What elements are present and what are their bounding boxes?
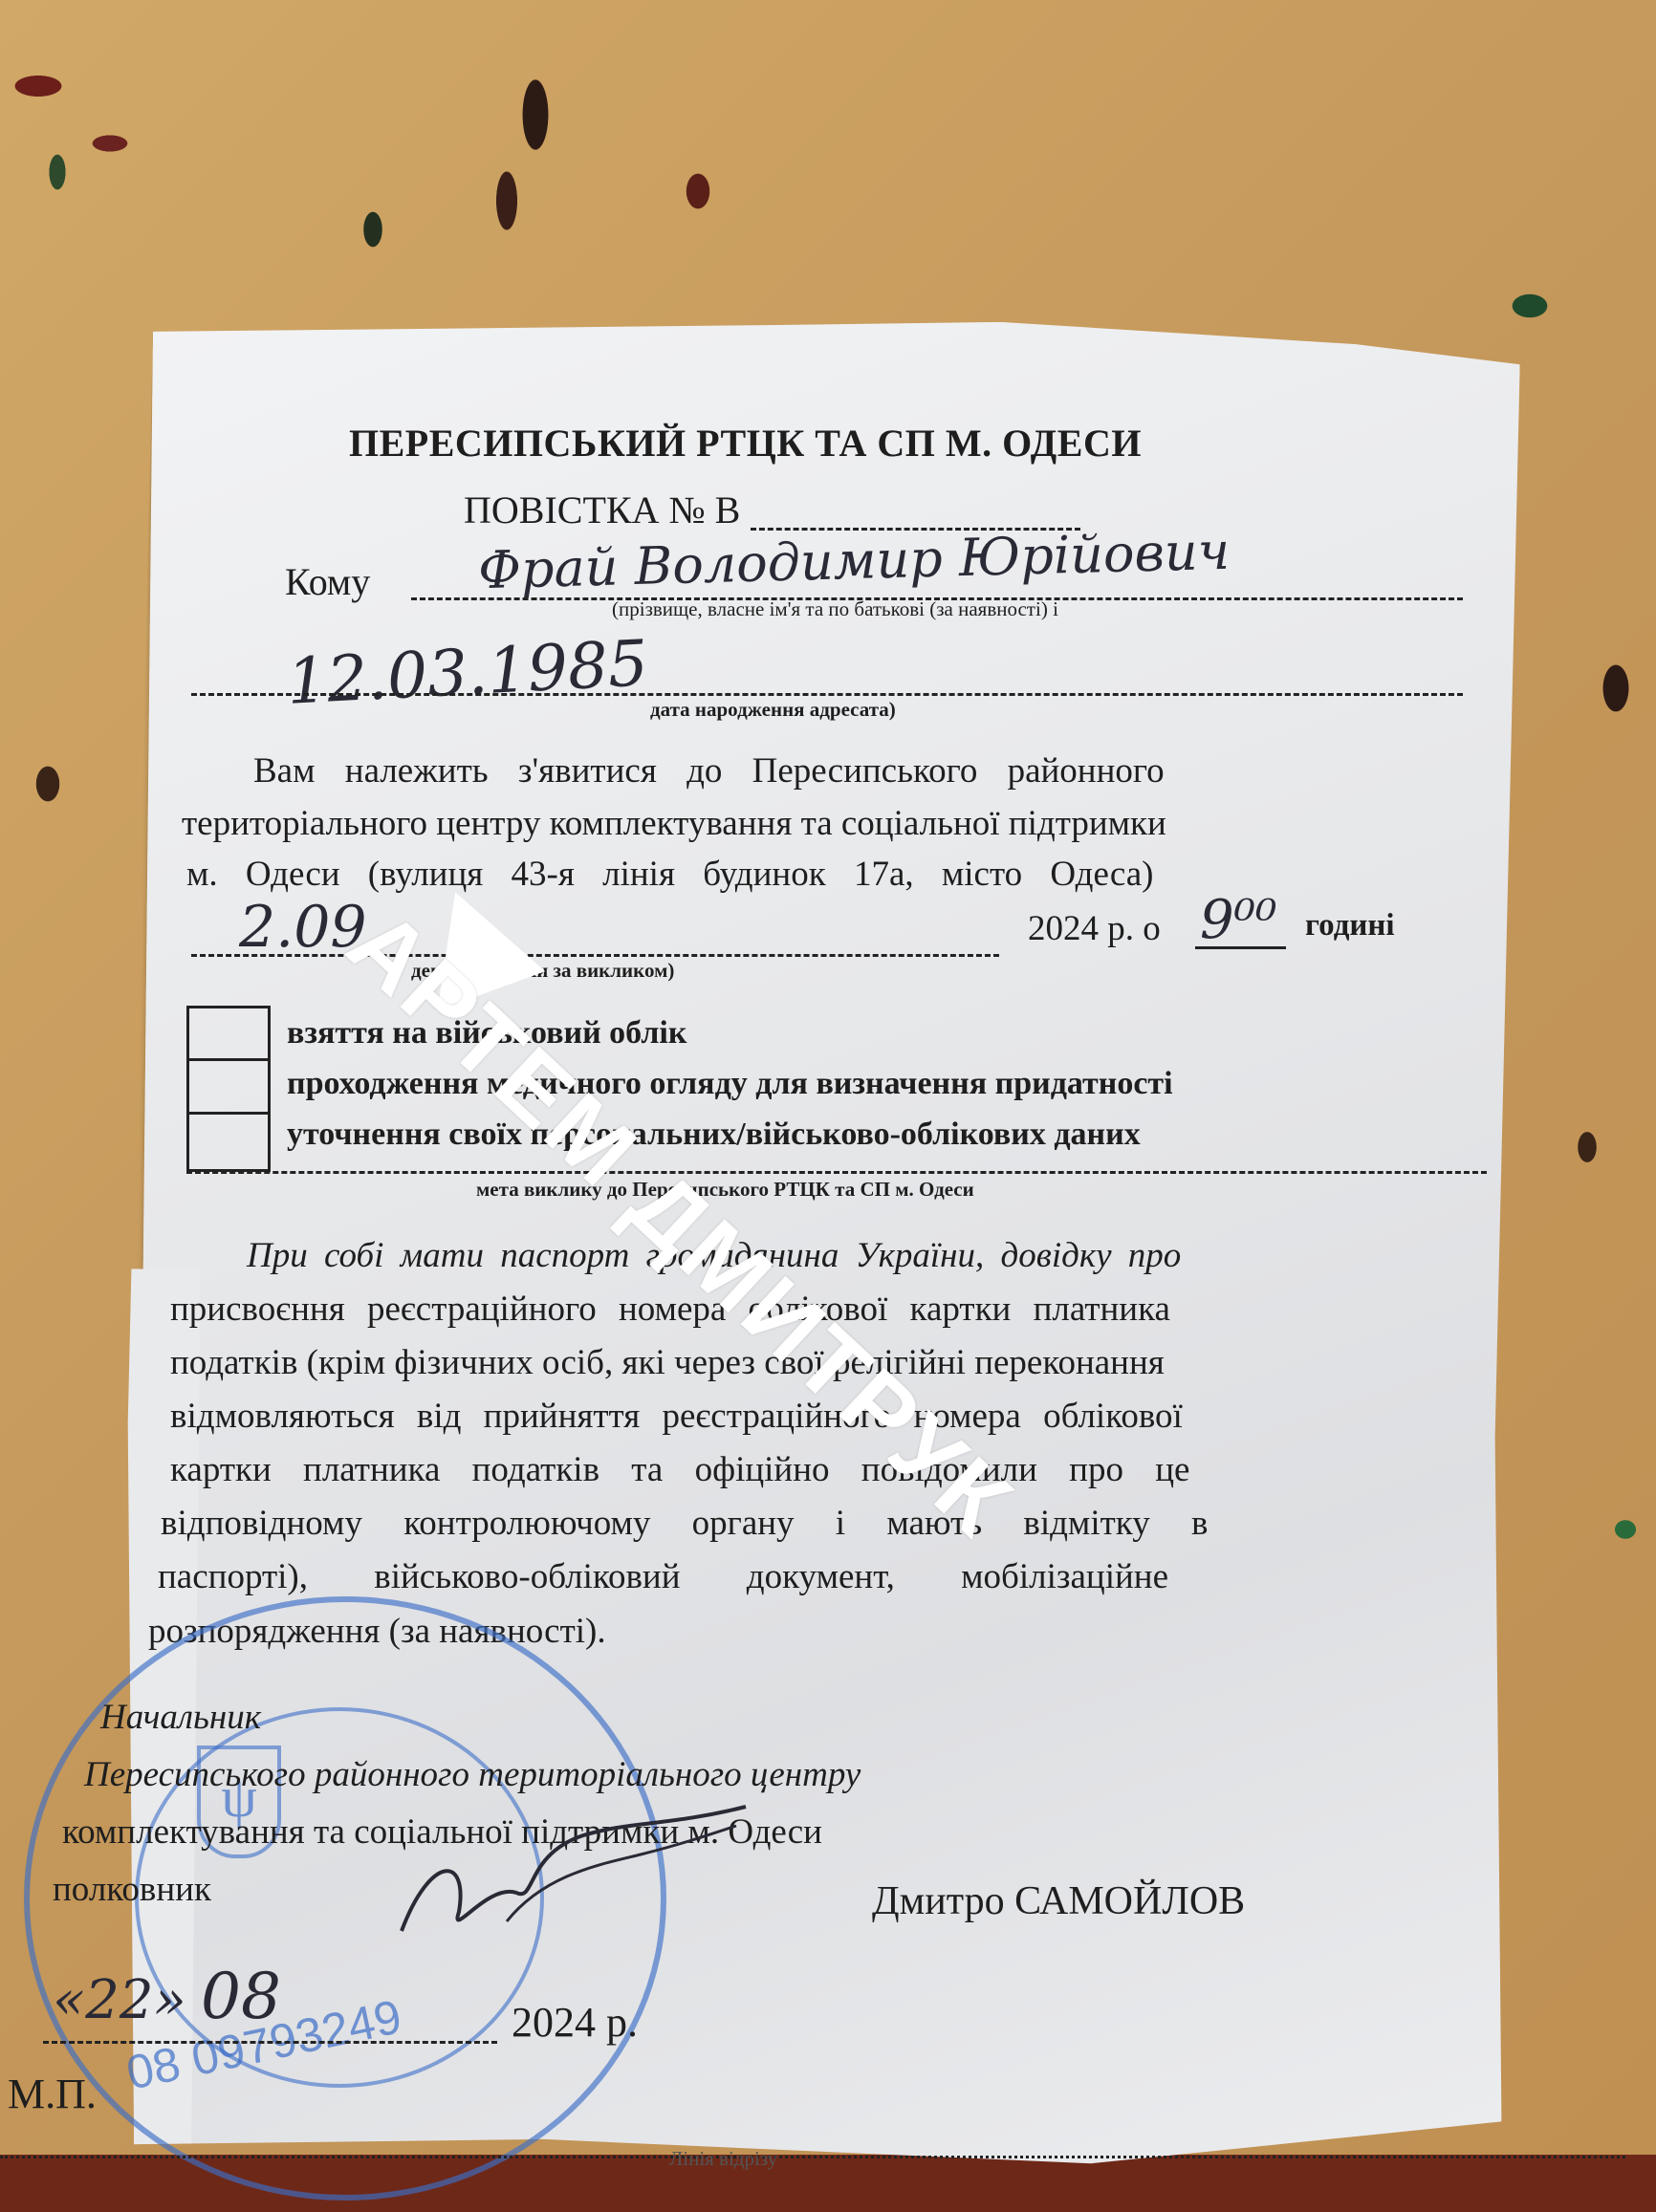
summons-text-line-1: Вам належить з'явитися до Пересипського … [253,750,1165,792]
appear-hour-handwritten: 9⁰⁰ [1200,889,1277,951]
to-label: Кому [285,559,370,604]
purpose-option-2[interactable]: проходження медичного огляду для визначе… [287,1066,1173,1102]
purpose-line [186,1171,1487,1174]
document-header: ПЕРЕСИПСЬКИЙ РТЦК ТА СП М. ОДЕСИ [349,421,1142,466]
documents-text-line-5: картки платника податків та офіційно пов… [170,1449,1189,1490]
purpose-option-3[interactable]: уточнення своїх персональних/військово-о… [287,1117,1141,1153]
signatory-title-line-1: Начальник [100,1697,261,1738]
birth-date-line [191,693,1463,696]
documents-text-line-2: присвоєння реєстраційного номера обліков… [170,1289,1170,1330]
issue-day-handwritten: «22» [53,1969,186,2031]
purpose-checkbox-group [186,1006,271,1172]
appear-hour-line [1195,946,1286,949]
recipient-name-caption: (прізвище, власне ім'я та по батькові (з… [612,597,1058,621]
signatory-title-line-2: Пересипського районного територіального … [84,1754,861,1795]
documents-text-line-7: паспорті), військово-обліковий документ,… [158,1556,1168,1597]
appear-date-line [191,954,999,957]
signatory-title-line-4: полковник [53,1869,211,1910]
issue-date-line [43,2041,497,2044]
seal-label: М.П. [8,2070,97,2118]
document-title: ПОВІСТКА № В [464,488,740,532]
summons-text-line-2: територіального центру комплектування та… [182,803,1166,844]
appear-hour-suffix: годині [1305,908,1395,943]
summons-text-line-3: м. Одеси (вулиця 43-я лінія будинок 17а,… [186,854,1153,895]
signatory-name: Дмитро САМОЙЛОВ [872,1878,1245,1924]
purpose-option-2-label: проходження медичного огляду для визначе… [287,1066,1173,1101]
issue-year-text: 2024 р. [512,1998,638,2047]
tear-off-line [0,2156,1625,2158]
appear-year-text: 2024 р. о [1028,908,1161,949]
documents-text-line-6: відповідному контролюючому органу і мают… [161,1503,1208,1544]
issue-month-handwritten: 08 [201,1960,281,2033]
documents-text-line-3: податків (крім фізичних осіб, які через … [170,1342,1165,1383]
handwritten-signature [392,1797,755,1950]
tear-off-caption: Лінія відрізу [669,2147,777,2171]
birth-date-caption: дата народження адресата) [650,698,896,722]
purpose-option-3-label: уточнення своїх персональних/військово-о… [287,1117,1141,1152]
documents-text-line-4: відмовляються від прийняття реєстраційно… [170,1396,1183,1437]
